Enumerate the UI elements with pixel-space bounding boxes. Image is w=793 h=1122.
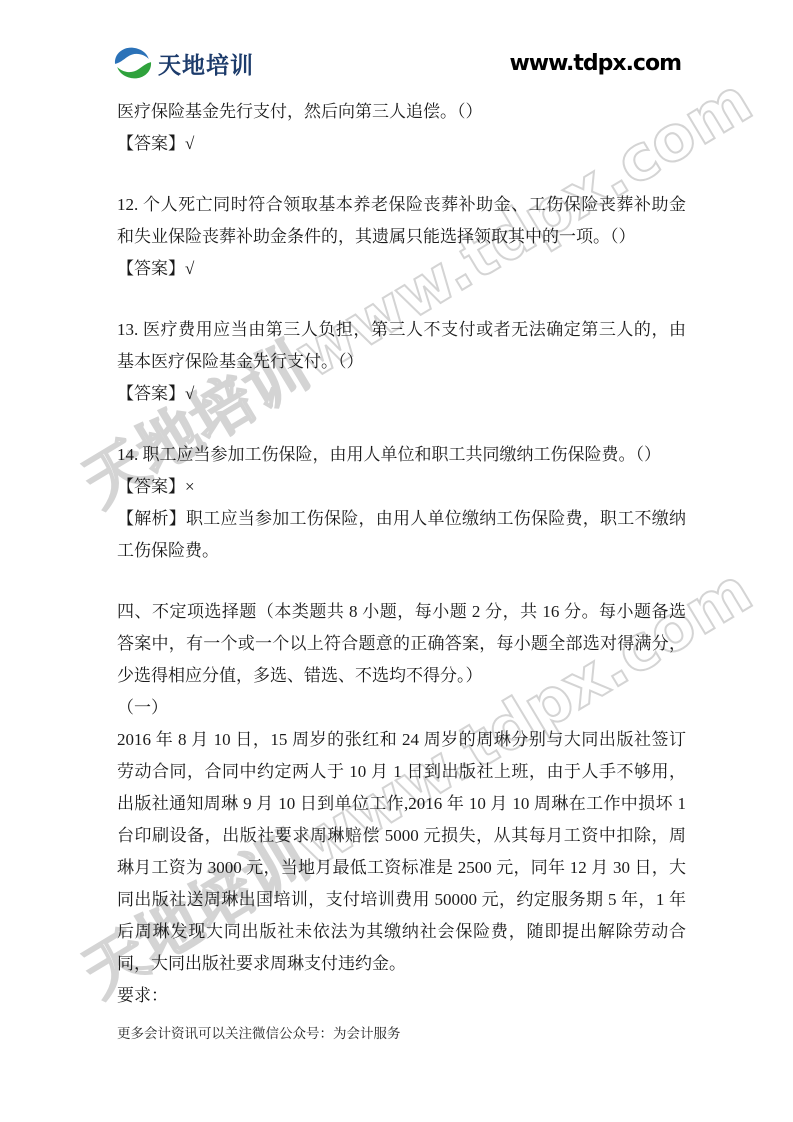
brand-swirl-icon	[113, 45, 153, 81]
paragraph-answer: 【答案】√	[117, 128, 686, 160]
paragraph-answer: 【答案】√	[117, 253, 686, 285]
paragraph-answer: 【答案】×	[117, 471, 686, 503]
paragraph-answer: 【答案】√	[117, 378, 686, 410]
paragraph-question: 12. 个人死亡同时符合领取基本养老保险丧葬补助金、工伤保险丧葬补助金和失业保险…	[117, 189, 686, 253]
paragraph-sub-heading: （一）	[117, 692, 686, 724]
document-page: 天地培训www.tdpx.com 天地培训www.tdpx.com 天地培训 w…	[0, 0, 793, 1122]
paragraph-question: 14. 职工应当参加工伤保险，由用人单位和职工共同缴纳工伤保险费。（）	[117, 439, 686, 471]
brand-logo: 天地培训	[113, 45, 254, 81]
paragraph-question: 13. 医疗费用应当由第三人负担，第三人不支付或者无法确定第三人的，由基本医疗保…	[117, 314, 686, 378]
paragraph-case-text: 2016 年 8 月 10 日，15 周岁的张红和 24 周岁的周琳分别与大同出…	[117, 724, 686, 980]
paragraph-question-continued: 医疗保险基金先行支付，然后向第三人追偿。（）	[117, 96, 686, 128]
paragraph-requirement: 要求：	[117, 980, 686, 1012]
footer-note: 更多会计资讯可以关注微信公众号：为会计服务	[117, 1024, 401, 1044]
brand-name: 天地培训	[158, 47, 254, 80]
page-header: 天地培训 www.tdpx.com	[0, 0, 793, 84]
paragraph-analysis: 【解析】职工应当参加工伤保险，由用人单位缴纳工伤保险费，职工不缴纳工伤保险费。	[117, 503, 686, 567]
paragraph-section-heading: 四、不定项选择题（本类题共 8 小题，每小题 2 分，共 16 分。每小题备选答…	[117, 596, 686, 692]
site-url: www.tdpx.com	[509, 51, 681, 76]
document-body: 医疗保险基金先行支付，然后向第三人追偿。（） 【答案】√ 12. 个人死亡同时符…	[0, 84, 793, 1012]
